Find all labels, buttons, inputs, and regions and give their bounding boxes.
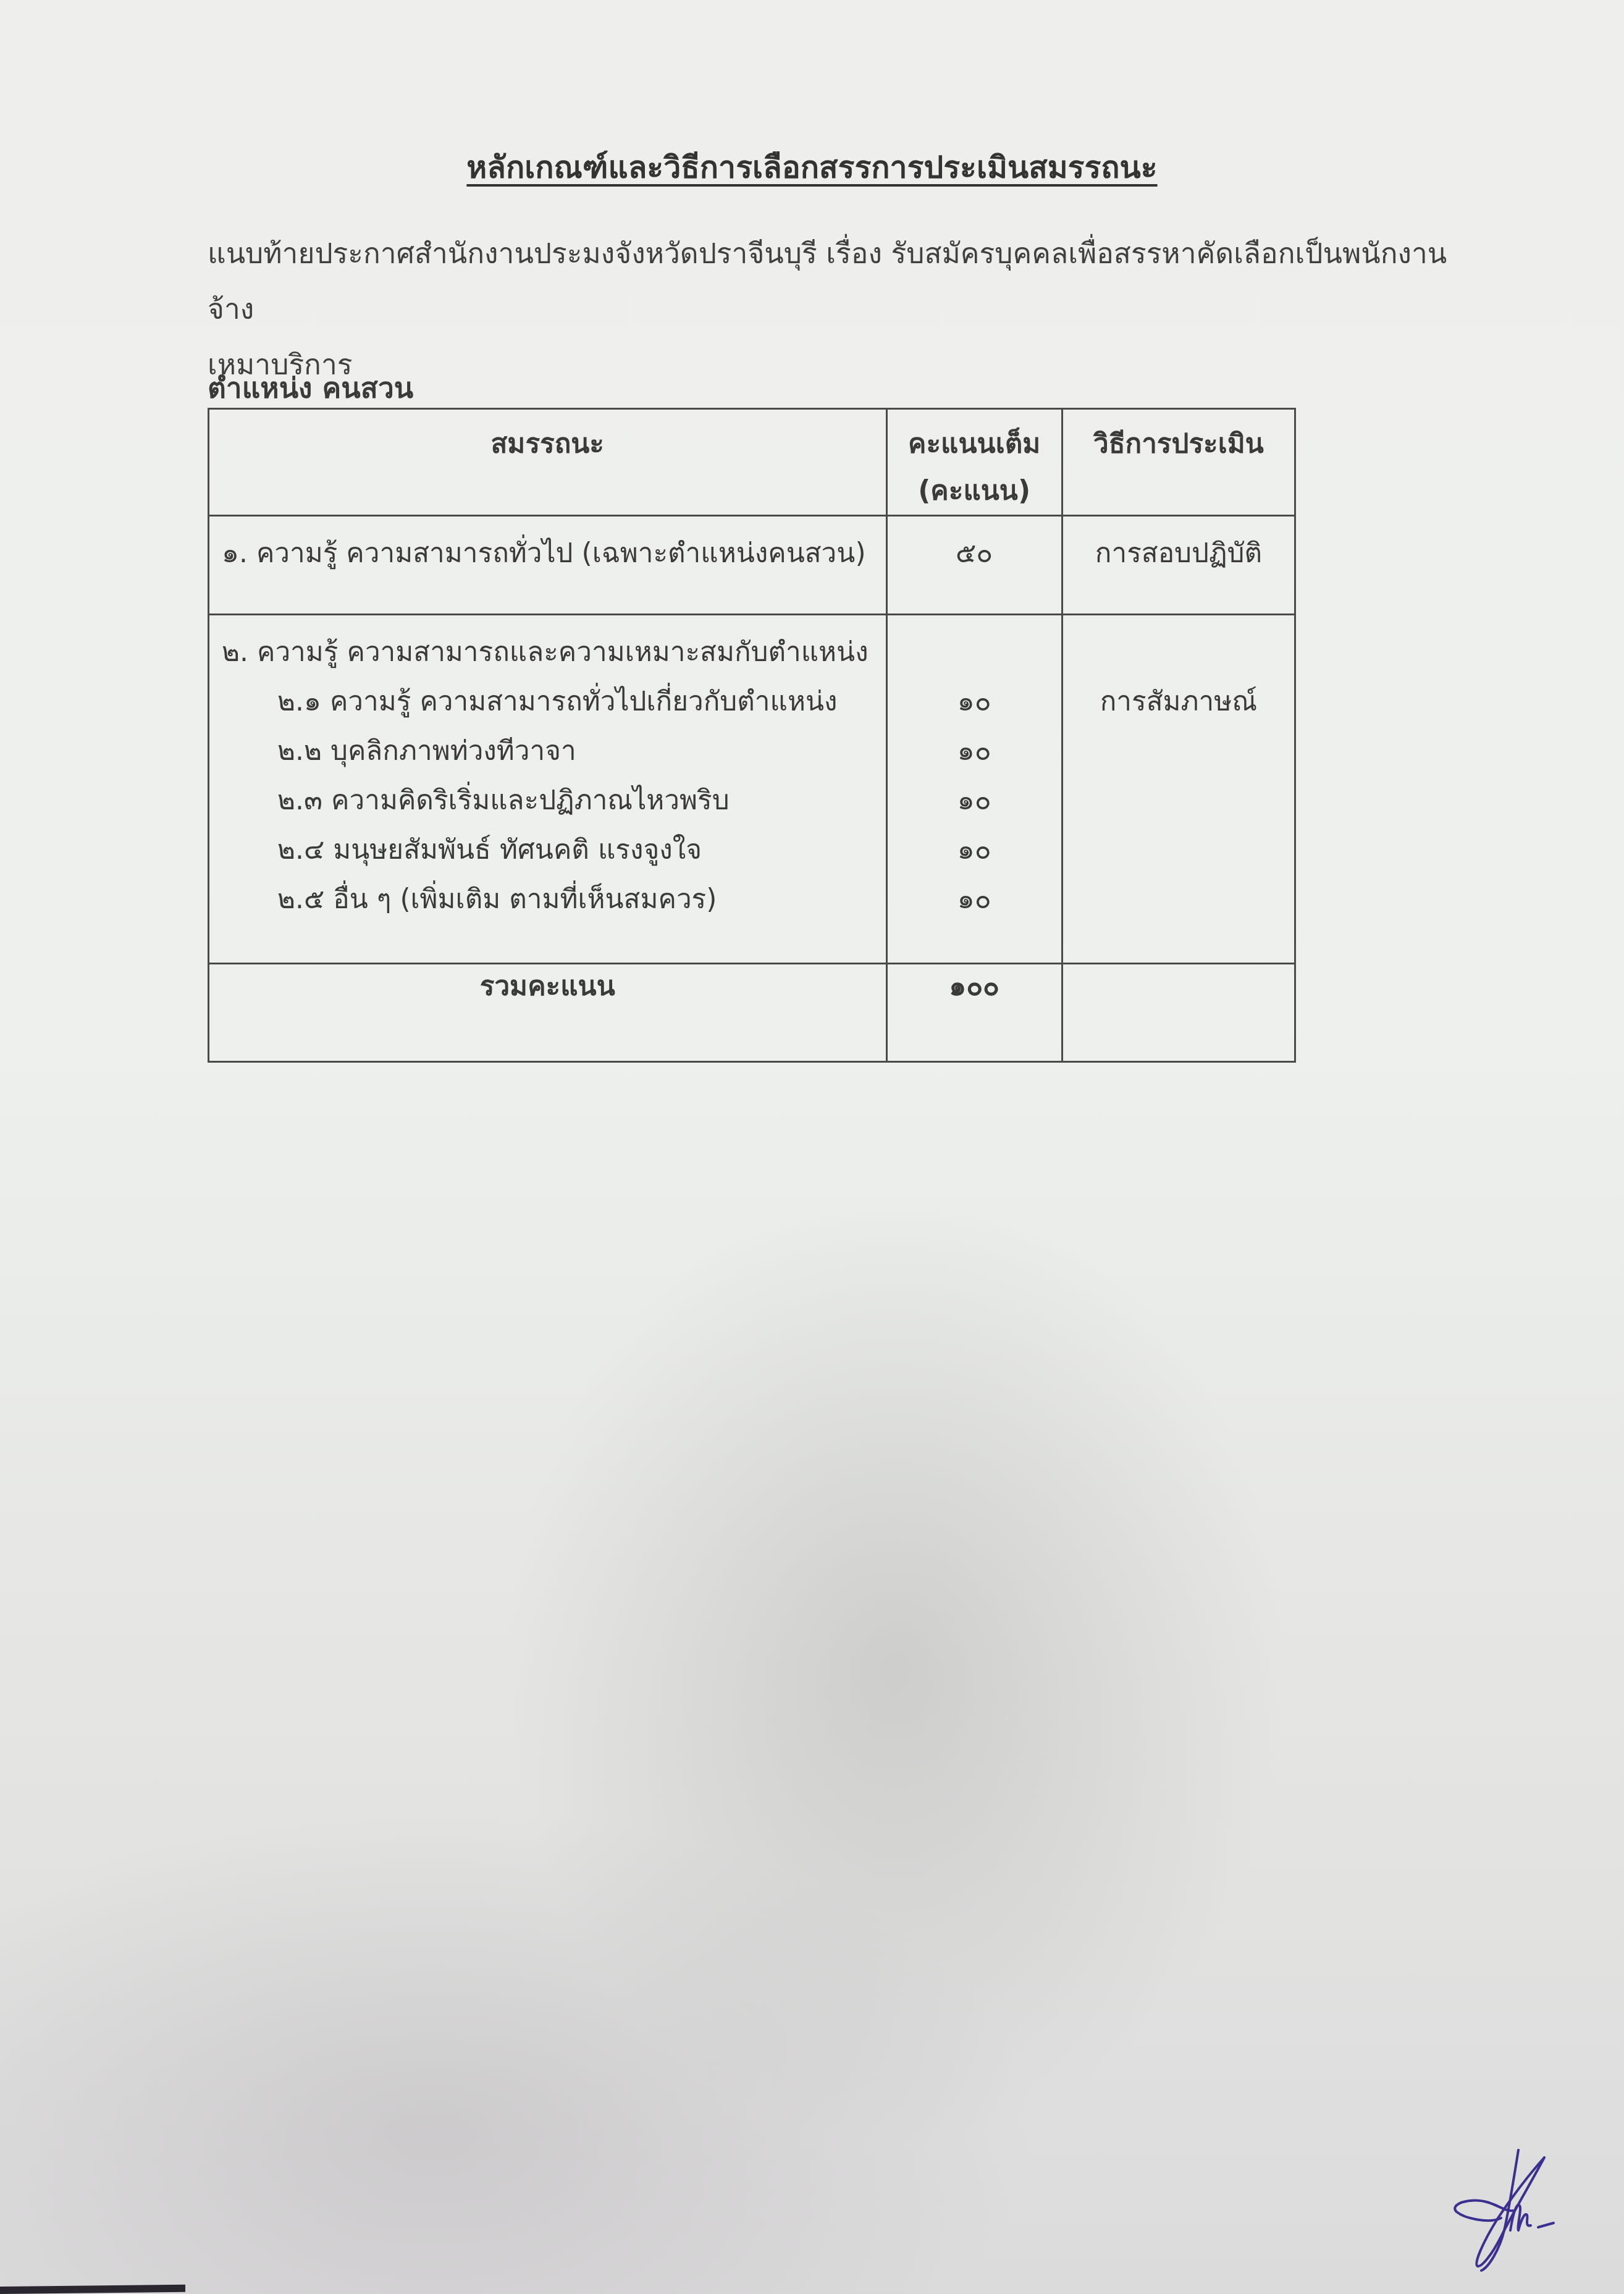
document-title: หลักเกณฑ์และวิธีการเลือกสรรการประเมินสมร… xyxy=(0,143,1624,192)
section2-item-4: ๒.๔ มนุษยสัมพันธ์ ทัศนคติ แรงจูงใจ xyxy=(222,825,886,875)
section2-item-2: ๒.๒ บุคลิกภาพท่วงทีวาจา xyxy=(222,727,886,776)
header-full-score-line1: คะแนนเต็ม xyxy=(888,421,1061,468)
header-method: วิธีการประเมิน xyxy=(1062,409,1295,516)
total-score-cell: ๑๐๐ xyxy=(886,964,1062,1062)
total-method-cell xyxy=(1062,964,1295,1062)
section2-score-cell: ๑๐ ๑๐ ๑๐ ๑๐ ๑๐ xyxy=(886,615,1062,964)
total-label-cell: รวมคะแนน xyxy=(209,964,887,1062)
signature-icon xyxy=(1445,2144,1594,2280)
criteria-table: สมรรถนะ คะแนนเต็ม (คะแนน) วิธีการประเมิน… xyxy=(208,408,1296,1063)
section1-method: การสอบปฏิบัติ xyxy=(1063,529,1294,578)
total-score: ๑๐๐ xyxy=(949,971,999,1002)
section1-score-cell: ๕๐ xyxy=(886,516,1062,615)
position-label: ตำแหน่ง คนสวน xyxy=(208,366,413,411)
header-full-score-line2: (คะแนน) xyxy=(888,468,1061,515)
section1-method-cell: การสอบปฏิบัติ xyxy=(1062,516,1295,615)
intro-line-1: แนบท้ายประกาศสำนักงานประมงจังหวัดปราจีนบ… xyxy=(208,226,1474,337)
table-header-row: สมรรถนะ คะแนนเต็ม (คะแนน) วิธีการประเมิน xyxy=(209,409,1295,516)
section2-item-2-score: ๑๐ xyxy=(888,727,1061,776)
header-method-text: วิธีการประเมิน xyxy=(1063,410,1294,468)
header-competency: สมรรถนะ xyxy=(209,409,887,516)
header-competency-text: สมรรถนะ xyxy=(209,410,886,468)
header-full-score-text: คะแนนเต็ม (คะแนน) xyxy=(888,410,1061,515)
section1-competency-cell: ๑. ความรู้ ความสามารถทั่วไป (เฉพาะตำแหน่… xyxy=(209,516,887,615)
table-row: ๒. ความรู้ ความสามารถและความเหมาะสมกับตำ… xyxy=(209,615,1295,964)
section2-item-1: ๒.๑ ความรู้ ความสามารถทั่วไปเกี่ยวกับตำแ… xyxy=(222,677,886,727)
table-total-row: รวมคะแนน ๑๐๐ xyxy=(209,964,1295,1062)
total-label: รวมคะแนน xyxy=(480,971,615,1002)
section2-method: การสัมภาษณ์ xyxy=(1063,677,1294,727)
section1-score: ๕๐ xyxy=(888,529,1061,578)
section2-label: ๒. ความรู้ ความสามารถและความเหมาะสมกับตำ… xyxy=(222,628,886,677)
section2-method-cell: การสัมภาษณ์ xyxy=(1062,615,1295,964)
table-row: ๑. ความรู้ ความสามารถทั่วไป (เฉพาะตำแหน่… xyxy=(209,516,1295,615)
title-text: หลักเกณฑ์และวิธีการเลือกสรรการประเมินสมร… xyxy=(466,150,1157,185)
section2-item-1-score: ๑๐ xyxy=(888,677,1061,727)
section2-item-5-score: ๑๐ xyxy=(888,875,1061,924)
section2-item-4-score: ๑๐ xyxy=(888,825,1061,875)
section2-competency-cell: ๒. ความรู้ ความสามารถและความเหมาะสมกับตำ… xyxy=(209,615,887,964)
section2-item-3: ๒.๓ ความคิดริเริ่มและปฏิภาณไหวพริบ xyxy=(222,776,886,825)
section1-label: ๑. ความรู้ ความสามารถทั่วไป (เฉพาะตำแหน่… xyxy=(222,529,886,578)
section2-item-5: ๒.๕ อื่น ๆ (เพิ่มเติม ตามที่เห็นสมควร) xyxy=(222,875,886,924)
header-full-score: คะแนนเต็ม (คะแนน) xyxy=(886,409,1062,516)
section2-item-3-score: ๑๐ xyxy=(888,776,1061,825)
